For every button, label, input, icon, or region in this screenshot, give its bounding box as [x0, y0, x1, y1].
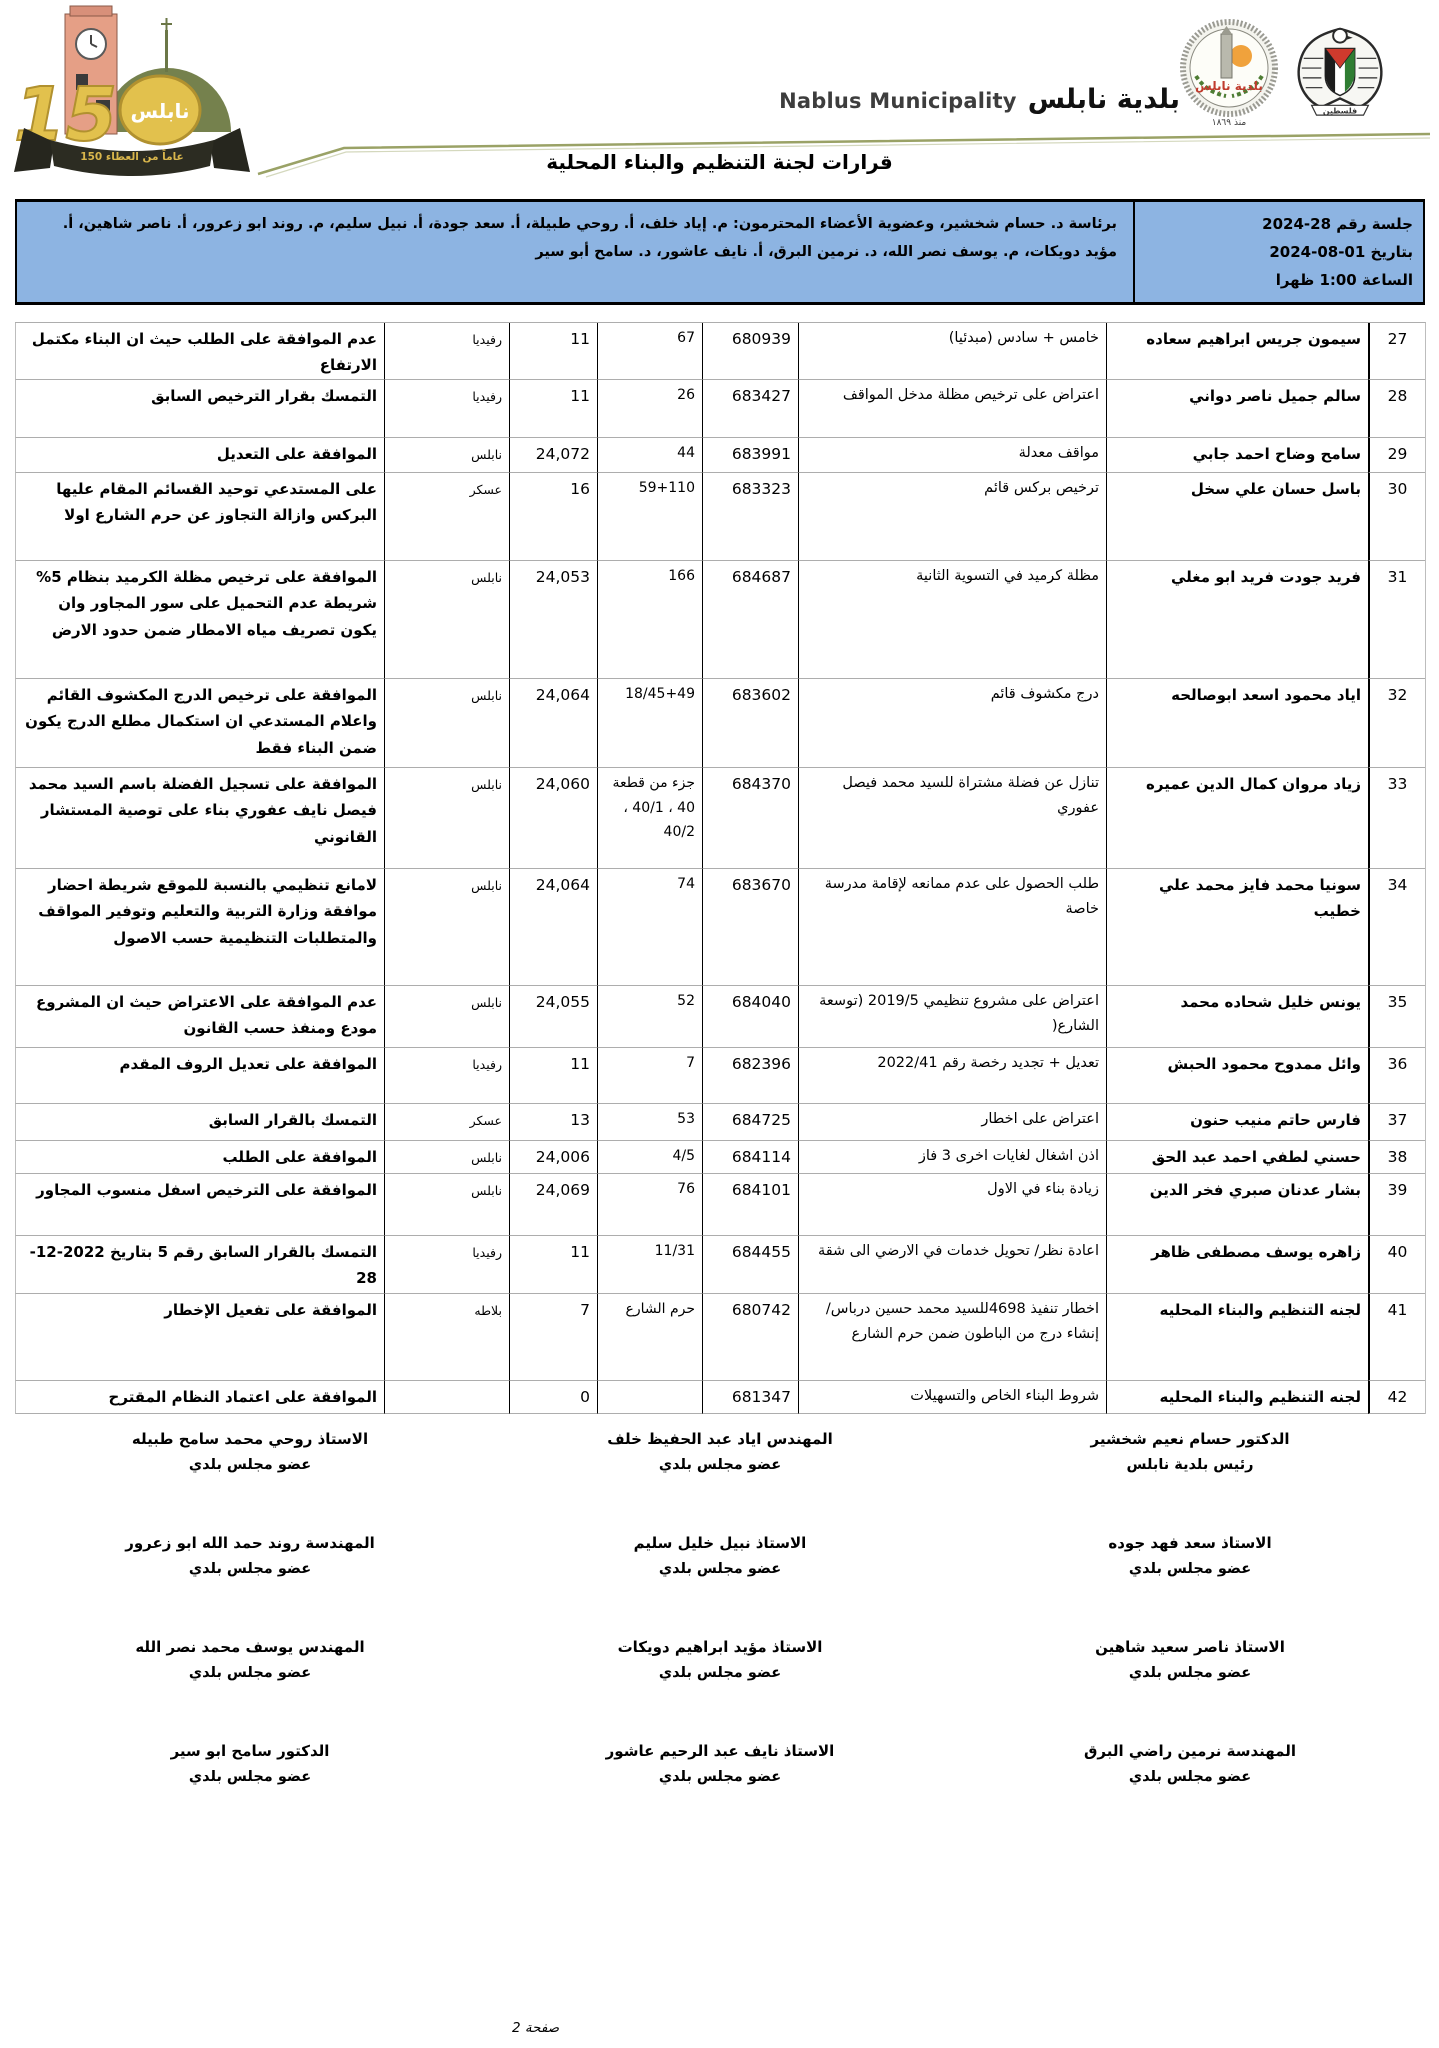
signatory-title: عضو مجلس بلدي — [485, 1769, 955, 1785]
signature-block: الدكتور سامح ابو سيرعضو مجلس بلدي — [15, 1742, 485, 1846]
cell-area — [384, 1381, 509, 1414]
cell-plot: 11/31 — [597, 1236, 702, 1294]
signatory-title: رئيس بلدية نابلس — [955, 1457, 1425, 1473]
palestinian-flag-shield-icon — [1325, 48, 1354, 95]
cell-name: سامح وضاح احمد جابي — [1106, 438, 1368, 473]
cell-name: يونس خليل شحاده محمد — [1106, 986, 1368, 1048]
cell-subject: اعتراض على اخطار — [798, 1104, 1106, 1141]
cell-subject: شروط البناء الخاص والتسهيلات — [798, 1381, 1106, 1414]
cell-block: 16 — [509, 473, 597, 561]
cell-block: 11 — [509, 323, 597, 380]
cell-name: لجنه التنظيم والبناء المحليه — [1106, 1381, 1368, 1414]
cell-plot: 4/5 — [597, 1141, 702, 1174]
cell-area: رفيديا — [384, 380, 509, 438]
cell-plot: 53 — [597, 1104, 702, 1141]
cell-name: سونيا محمد فايز محمد علي خطيب — [1106, 869, 1368, 986]
signature-block: المهندس يوسف محمد نصر اللهعضو مجلس بلدي — [15, 1638, 485, 1742]
cell-block: 24,072 — [509, 438, 597, 473]
cell-no: 38 — [1368, 1141, 1425, 1174]
cell-decision: عدم الموافقة على الطلب حيث ان البناء مكت… — [15, 323, 384, 380]
signatory-name: المهندسة روند حمد الله ابو زعرور — [15, 1534, 485, 1552]
cell-plot: جزء من قطعة 40 ، 40/1 ، 40/2 — [597, 768, 702, 869]
session-date: بتاريخ 01-08-2024 — [1141, 238, 1413, 266]
cell-name: فارس حاتم منيب حنون — [1106, 1104, 1368, 1141]
cell-block: 24,053 — [509, 561, 597, 679]
cell-subject: تنازل عن فضلة مشتراة للسيد محمد فيصل عفو… — [798, 768, 1106, 869]
cell-file: 680939 — [702, 323, 798, 380]
cell-no: 36 — [1368, 1048, 1425, 1104]
cell-file: 684455 — [702, 1236, 798, 1294]
cell-decision: التمسك بالقرار السابق — [15, 1104, 384, 1141]
signatory-title: عضو مجلس بلدي — [15, 1457, 485, 1473]
cell-decision: الموافقة على تسجيل الفضلة باسم السيد محم… — [15, 768, 384, 869]
cell-no: 37 — [1368, 1104, 1425, 1141]
cell-plot — [597, 1381, 702, 1414]
cell-no: 34 — [1368, 869, 1425, 986]
signatory-name: الاستاذ نايف عبد الرحيم عاشور — [485, 1742, 955, 1760]
cell-no: 29 — [1368, 438, 1425, 473]
signatory-title: عضو مجلس بلدي — [15, 1665, 485, 1681]
cell-block: 11 — [509, 1236, 597, 1294]
cell-decision: التمسك بقرار الترخيص السابق — [15, 380, 384, 438]
cell-plot: 7 — [597, 1048, 702, 1104]
cell-plot: 26 — [597, 380, 702, 438]
signatures-block: الدكتور حسام نعيم شخشيررئيس بلدية نابلسا… — [15, 1430, 1425, 1846]
cell-decision: على المستدعي توحيد القسائم المقام عليها … — [15, 473, 384, 561]
signature-block: المهندسة روند حمد الله ابو زعرورعضو مجلس… — [15, 1534, 485, 1638]
cell-decision: لامانع تنظيمي بالنسبة للموقع شريطة احضار… — [15, 869, 384, 986]
cell-area: نابلس — [384, 869, 509, 986]
signatory-name: الاستاذ نبيل خليل سليم — [485, 1534, 955, 1552]
cell-block: 24,069 — [509, 1174, 597, 1236]
cell-block: 13 — [509, 1104, 597, 1141]
page-title: قرارات لجنة التنظيم والبناء المحلية — [0, 150, 1439, 174]
session-time: الساعة 1:00 ظهرا — [1141, 266, 1413, 294]
cell-name: وائل ممدوح محمود الحبش — [1106, 1048, 1368, 1104]
signature-block: الاستاذ نايف عبد الرحيم عاشورعضو مجلس بل… — [485, 1742, 955, 1846]
cell-file: 684725 — [702, 1104, 798, 1141]
cell-plot: 44 — [597, 438, 702, 473]
cell-decision: الموافقة على تفعيل الإخطار — [15, 1294, 384, 1381]
cell-area: نابلس — [384, 561, 509, 679]
signatory-title: عضو مجلس بلدي — [485, 1457, 955, 1473]
cell-file: 683991 — [702, 438, 798, 473]
cell-subject: اعتراض على مشروع تنظيمي 2019/5 (توسعة ال… — [798, 986, 1106, 1048]
cell-plot: 74 — [597, 869, 702, 986]
cell-area: نابلس — [384, 1174, 509, 1236]
signatory-name: المهندسة نرمين راضي البرق — [955, 1742, 1425, 1760]
cell-subject: زيادة بناء في الاول — [798, 1174, 1106, 1236]
cell-no: 41 — [1368, 1294, 1425, 1381]
cell-name: سالم جميل ناصر دواني — [1106, 380, 1368, 438]
cell-block: 7 — [509, 1294, 597, 1381]
cell-plot: 67 — [597, 323, 702, 380]
attendees-line-2: مؤيد دويكات، م. يوسف نصر الله، د. نرمين … — [23, 238, 1117, 266]
cell-block: 24,006 — [509, 1141, 597, 1174]
cell-decision: الموافقة على الطلب — [15, 1141, 384, 1174]
cell-subject: اعادة نظر/ تحويل خدمات في الارضي الى شقة — [798, 1236, 1106, 1294]
cell-plot: 59+110 — [597, 473, 702, 561]
cell-name: زاهره يوسف مصطفى ظاهر — [1106, 1236, 1368, 1294]
cell-subject: مواقف معدلة — [798, 438, 1106, 473]
signatory-name: الاستاذ سعد فهد جوده — [955, 1534, 1425, 1552]
signatory-name: الاستاذ مؤيد ابراهيم دويكات — [485, 1638, 955, 1656]
cell-decision: الموافقة على التعديل — [15, 438, 384, 473]
cell-plot: 166 — [597, 561, 702, 679]
cell-name: حسني لطفي احمد عبد الحق — [1106, 1141, 1368, 1174]
signatory-title: عضو مجلس بلدي — [955, 1665, 1425, 1681]
cell-decision: الموافقة على اعتماد النظام المقترح — [15, 1381, 384, 1414]
cell-no: 40 — [1368, 1236, 1425, 1294]
signatory-title: عضو مجلس بلدي — [955, 1769, 1425, 1785]
cell-name: لجنه التنظيم والبناء المحليه — [1106, 1294, 1368, 1381]
cell-block: 24,060 — [509, 768, 597, 869]
document-page: { "colors": { "bar_blue": "#8db4e2", "de… — [0, 0, 1439, 2048]
cell-no: 42 — [1368, 1381, 1425, 1414]
cell-area: بلاطه — [384, 1294, 509, 1381]
cell-no: 33 — [1368, 768, 1425, 869]
cell-decision: الموافقة على ترخيص الدرج المكشوف القائم … — [15, 679, 384, 768]
cell-no: 35 — [1368, 986, 1425, 1048]
municipality-name-en: Nablus Municipality — [779, 89, 1017, 113]
signature-block: الاستاذ روحي محمد سامح طبيلهعضو مجلس بلد… — [15, 1430, 485, 1534]
cell-no: 27 — [1368, 323, 1425, 380]
cell-plot: حرم الشارع — [597, 1294, 702, 1381]
signatory-name: الدكتور حسام نعيم شخشير — [955, 1430, 1425, 1448]
cell-file: 684687 — [702, 561, 798, 679]
cell-area: نابلس — [384, 1141, 509, 1174]
page-number: صفحة 2 — [512, 2020, 559, 2036]
cell-subject: درج مكشوف قائم — [798, 679, 1106, 768]
cell-area: رفيديا — [384, 323, 509, 380]
cell-block: 0 — [509, 1381, 597, 1414]
signatory-name: الاستاذ ناصر سعيد شاهين — [955, 1638, 1425, 1656]
svg-text:بلدية نابلس: بلدية نابلس — [1195, 79, 1263, 93]
palestine-eagle-emblem-icon: فلسطين — [1292, 24, 1388, 120]
cell-name: بشار عدنان صبري فخر الدين — [1106, 1174, 1368, 1236]
svg-text:نابلس: نابلس — [131, 99, 190, 123]
cell-block: 24,064 — [509, 869, 597, 986]
cell-no: 32 — [1368, 679, 1425, 768]
signatory-name: الدكتور سامح ابو سير — [15, 1742, 485, 1760]
cell-plot: 18/45+49 — [597, 679, 702, 768]
cell-decision: الموافقة على ترخيص مظلة الكرميد بنظام 5%… — [15, 561, 384, 679]
municipality-brand: Nablus Municipality بلدية نابلس — [720, 84, 1180, 115]
cell-area: رفيديا — [384, 1048, 509, 1104]
session-attendees: برئاسة د. حسام شخشير، وعضوية الأعضاء الم… — [17, 202, 1133, 302]
signature-block: الدكتور حسام نعيم شخشيررئيس بلدية نابلس — [955, 1430, 1425, 1534]
cell-area: نابلس — [384, 986, 509, 1048]
cell-file: 683670 — [702, 869, 798, 986]
signature-block: الاستاذ مؤيد ابراهيم دويكاتعضو مجلس بلدي — [485, 1638, 955, 1742]
cell-area: رفيديا — [384, 1236, 509, 1294]
signatory-title: عضو مجلس بلدي — [485, 1561, 955, 1577]
signatory-name: الاستاذ روحي محمد سامح طبيله — [15, 1430, 485, 1448]
signature-block: الاستاذ سعد فهد جودهعضو مجلس بلدي — [955, 1534, 1425, 1638]
cell-subject: اخطار تنفيذ 4698للسيد محمد حسين درباس/ إ… — [798, 1294, 1106, 1381]
decisions-table: 27سيمون جريس ابراهيم سعادهخامس + سادس (م… — [15, 322, 1426, 1414]
cell-block: 24,055 — [509, 986, 597, 1048]
cell-name: اياد محمود اسعد ابوصالحه — [1106, 679, 1368, 768]
cell-decision: الموافقة على الترخيص اسفل منسوب المجاور — [15, 1174, 384, 1236]
signatory-name: المهندس اياد عبد الحفيظ خلف — [485, 1430, 955, 1448]
cell-block: 24,064 — [509, 679, 597, 768]
cell-file: 684040 — [702, 986, 798, 1048]
cell-block: 11 — [509, 380, 597, 438]
cell-no: 31 — [1368, 561, 1425, 679]
cell-plot: 52 — [597, 986, 702, 1048]
signatory-name: المهندس يوسف محمد نصر الله — [15, 1638, 485, 1656]
cell-decision: التمسك بالقرار السابق رقم 5 بتاريخ 2022-… — [15, 1236, 384, 1294]
cell-no: 28 — [1368, 380, 1425, 438]
cell-no: 30 — [1368, 473, 1425, 561]
signatory-title: عضو مجلس بلدي — [485, 1665, 955, 1681]
cell-area: نابلس — [384, 679, 509, 768]
session-number: جلسة رقم 28-2024 — [1141, 210, 1413, 238]
signature-block: المهندس اياد عبد الحفيظ خلفعضو مجلس بلدي — [485, 1430, 955, 1534]
signature-block: المهندسة نرمين راضي البرقعضو مجلس بلدي — [955, 1742, 1425, 1846]
signatory-title: عضو مجلس بلدي — [15, 1769, 485, 1785]
cell-area: عسكر — [384, 1104, 509, 1141]
cell-file: 681347 — [702, 1381, 798, 1414]
cell-file: 682396 — [702, 1048, 798, 1104]
cell-plot: 76 — [597, 1174, 702, 1236]
cell-file: 683323 — [702, 473, 798, 561]
cell-subject: طلب الحصول على عدم ممانعه لإقامة مدرسة خ… — [798, 869, 1106, 986]
signature-block: الاستاذ نبيل خليل سليمعضو مجلس بلدي — [485, 1534, 955, 1638]
cell-name: سيمون جريس ابراهيم سعاده — [1106, 323, 1368, 380]
session-details: جلسة رقم 28-2024 بتاريخ 01-08-2024 الساع… — [1133, 202, 1423, 302]
municipality-name-ar: بلدية نابلس — [1028, 84, 1180, 115]
cell-file: 684370 — [702, 768, 798, 869]
signature-block: الاستاذ ناصر سعيد شاهينعضو مجلس بلدي — [955, 1638, 1425, 1742]
cell-area: نابلس — [384, 768, 509, 869]
nablus-municipality-emblem-icon: بلدية نابلس — [1178, 18, 1280, 118]
cell-subject: اعتراض على ترخيص مظلة مدخل المواقف — [798, 380, 1106, 438]
cell-file: 684101 — [702, 1174, 798, 1236]
cell-file: 683602 — [702, 679, 798, 768]
cell-subject: خامس + سادس (مبدئيا) — [798, 323, 1106, 380]
cell-subject: تعديل + تجديد رخصة رقم 2022/41 — [798, 1048, 1106, 1104]
cell-file: 684114 — [702, 1141, 798, 1174]
cell-subject: ترخيص بركس قائم — [798, 473, 1106, 561]
svg-text:فلسطين: فلسطين — [1323, 107, 1357, 116]
cell-area: عسكر — [384, 473, 509, 561]
cell-decision: الموافقة على تعديل الروف المقدم — [15, 1048, 384, 1104]
session-info-bar: جلسة رقم 28-2024 بتاريخ 01-08-2024 الساع… — [15, 199, 1425, 305]
signatory-title: عضو مجلس بلدي — [15, 1561, 485, 1577]
cell-block: 11 — [509, 1048, 597, 1104]
cell-name: زياد مروان كمال الدين عميره — [1106, 768, 1368, 869]
attendees-line-1: برئاسة د. حسام شخشير، وعضوية الأعضاء الم… — [23, 210, 1117, 238]
cell-subject: مظلة كرميد في التسوية الثانية — [798, 561, 1106, 679]
cell-file: 683427 — [702, 380, 798, 438]
cell-subject: اذن اشغال لغايات اخرى 3 فاز — [798, 1141, 1106, 1174]
cell-no: 39 — [1368, 1174, 1425, 1236]
signatory-title: عضو مجلس بلدي — [955, 1561, 1425, 1577]
cell-file: 680742 — [702, 1294, 798, 1381]
cell-name: فريد جودت فريد ابو مغلي — [1106, 561, 1368, 679]
cell-area: نابلس — [384, 438, 509, 473]
cell-decision: عدم الموافقة على الاعتراض حيث ان المشروع… — [15, 986, 384, 1048]
cell-name: باسل حسان علي سخل — [1106, 473, 1368, 561]
